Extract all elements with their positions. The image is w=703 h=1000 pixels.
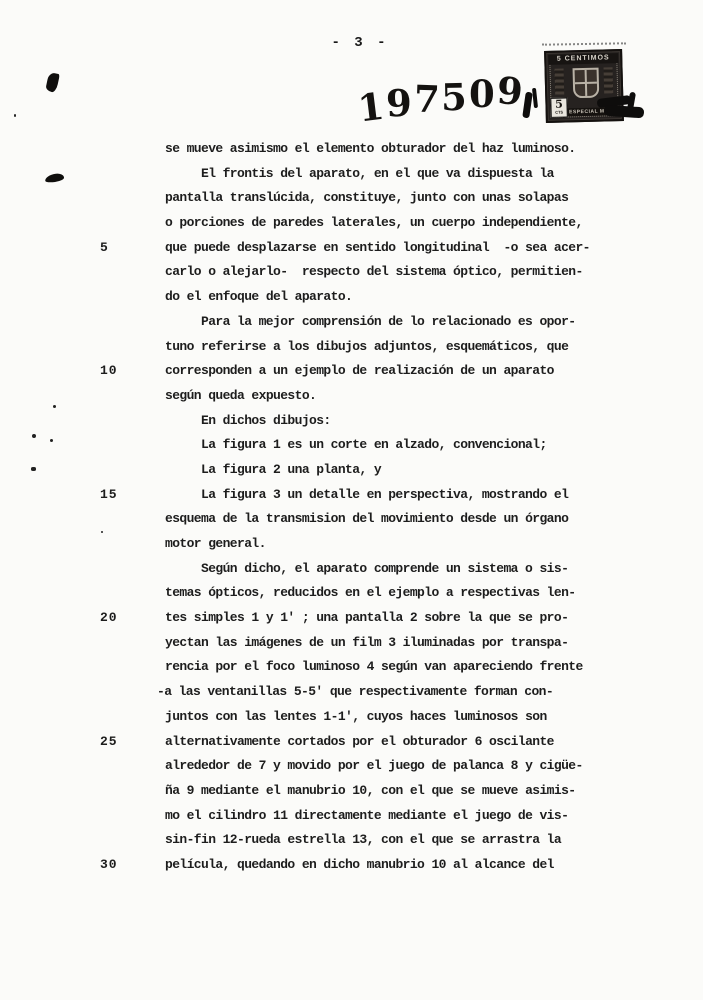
text-line-content: carlo o alejarlo- respecto del sistema ó… <box>165 260 583 285</box>
text-line: -a las ventanillas 5-5' que respectivame… <box>0 680 703 705</box>
text-line: o porciones de paredes laterales, un cue… <box>0 211 703 236</box>
text-line: La figura 2 una planta, y <box>0 458 703 483</box>
text-line-content: según queda expuesto. <box>165 384 316 409</box>
text-line-content: esquema de la transmision del movimiento… <box>165 507 568 532</box>
text-line-content: En dichos dibujos: <box>165 409 331 434</box>
text-line-content: do el enfoque del aparato. <box>165 285 352 310</box>
text-line-content: temas ópticos, reducidos en el ejemplo a… <box>165 581 575 606</box>
text-line-content: -a las ventanillas 5-5' que respectivame… <box>157 680 553 705</box>
text-line: según queda expuesto. <box>0 384 703 409</box>
serial-number-stamp: 197509 <box>358 72 518 124</box>
text-line-content: sin-fin 12-rueda estrella 13, con el que… <box>165 828 561 853</box>
ink-cancellation-mark <box>532 88 538 108</box>
text-line-content: corresponden a un ejemplo de realización… <box>165 359 554 384</box>
text-line: juntos con las lentes 1-1', cuyos haces … <box>0 705 703 730</box>
text-line: tuno referirse a los dibujos adjuntos, e… <box>0 335 703 360</box>
text-line-content: ña 9 mediante el manubrio 10, con el que… <box>165 779 575 804</box>
text-line-content: rencia por el foco luminoso 4 según van … <box>165 655 583 680</box>
text-line: pantalla translúcida, constituye, junto … <box>0 186 703 211</box>
text-line: La figura 1 es un corte en alzado, conve… <box>0 433 703 458</box>
typewritten-text-block: se mueve asimismo el elemento obturador … <box>0 137 703 878</box>
text-line-content: motor general. <box>165 532 266 557</box>
text-line-content: El frontis del aparato, en el que va dis… <box>165 162 554 187</box>
text-line: Para la mejor comprensión de lo relacion… <box>0 310 703 335</box>
text-line: 5 que puede desplazarse en sentido longi… <box>0 236 703 261</box>
text-line: 20 tes simples 1 y 1' ; una pantalla 2 s… <box>0 606 703 631</box>
text-line: temas ópticos, reducidos en el ejemplo a… <box>0 581 703 606</box>
text-line: yectan las imágenes de un film 3 ilumina… <box>0 631 703 656</box>
margin-line-number: 30 <box>100 853 128 878</box>
text-line-content: tuno referirse a los dibujos adjuntos, e… <box>165 335 568 360</box>
margin-line-number: 15 <box>100 483 128 508</box>
text-line: El frontis del aparato, en el que va dis… <box>0 162 703 187</box>
text-line-content: película, quedando en dicho manubrio 10 … <box>165 853 554 878</box>
text-line: se mueve asimismo el elemento obturador … <box>0 137 703 162</box>
coat-of-arms-icon <box>573 68 600 99</box>
ink-speck <box>14 114 16 117</box>
text-line-content: Según dicho, el aparato comprende un sis… <box>165 557 568 582</box>
text-line-content: se mueve asimismo el elemento obturador … <box>165 137 575 162</box>
text-line-content: alrededor de 7 y movido por el juego de … <box>165 754 583 779</box>
text-line: do el enfoque del aparato. <box>0 285 703 310</box>
stamp-value-unit: CTS <box>552 110 567 114</box>
margin-line-number: 10 <box>100 359 128 384</box>
ink-mark <box>45 72 60 93</box>
stamp-value-box: 5 CTS <box>550 97 568 117</box>
text-line: Según dicho, el aparato comprende un sis… <box>0 557 703 582</box>
text-line: 25 alternativamente cortados por el obtu… <box>0 730 703 755</box>
text-line-content: yectan las imágenes de un film 3 ilumina… <box>165 631 568 656</box>
stamp-perforation <box>542 42 626 45</box>
margin-line-number: 25 <box>100 730 128 755</box>
text-line: esquema de la transmision del movimiento… <box>0 507 703 532</box>
text-line-content: Para la mejor comprensión de lo relacion… <box>165 310 575 335</box>
stamp-denomination-text: 5 CENTIMOS <box>548 53 618 65</box>
text-line: mo el cilindro 11 directamente mediante … <box>0 804 703 829</box>
text-line-content: mo el cilindro 11 directamente mediante … <box>165 804 568 829</box>
text-line: 10 corresponden a un ejemplo de realizac… <box>0 359 703 384</box>
text-line: motor general. <box>0 532 703 557</box>
text-line-content: tes simples 1 y 1' ; una pantalla 2 sobr… <box>165 606 568 631</box>
serial-digit: 0 <box>469 72 497 116</box>
text-line-content: que puede desplazarse en sentido longitu… <box>165 236 590 261</box>
text-line-content: alternativamente cortados por el obturad… <box>165 730 554 755</box>
serial-digit: 1 <box>355 83 388 130</box>
margin-line-number: 5 <box>100 236 128 261</box>
page-number: - 3 - <box>320 35 400 51</box>
text-line: rencia por el foco luminoso 4 según van … <box>0 655 703 680</box>
text-line: sin-fin 12-rueda estrella 13, con el que… <box>0 828 703 853</box>
text-line-content: La figura 2 una planta, y <box>165 458 381 483</box>
text-line-content: La figura 1 es un corte en alzado, conve… <box>165 433 547 458</box>
text-line: carlo o alejarlo- respecto del sistema ó… <box>0 260 703 285</box>
stamp-ornament <box>555 69 565 95</box>
text-line: En dichos dibujos: <box>0 409 703 434</box>
text-line: alrededor de 7 y movido por el juego de … <box>0 754 703 779</box>
text-line-content: o porciones de paredes laterales, un cue… <box>165 211 583 236</box>
text-line: 30 película, quedando en dicho manubrio … <box>0 853 703 878</box>
stamp-ornament <box>604 67 614 93</box>
text-line: 15 La figura 3 un detalle en perspectiva… <box>0 483 703 508</box>
text-line-content: juntos con las lentes 1-1', cuyos haces … <box>165 705 547 730</box>
margin-line-number: 20 <box>100 606 128 631</box>
text-line-content: pantalla translúcida, constituye, junto … <box>165 186 568 211</box>
serial-digit: 7 <box>413 77 442 122</box>
patent-document-page: - 3 - 197509 5 CENTIMOS 5 CTS ESPECIAL M… <box>0 0 703 1000</box>
text-line: ña 9 mediante el manubrio 10, con el que… <box>0 779 703 804</box>
text-line-content: La figura 3 un detalle en perspectiva, m… <box>165 483 568 508</box>
serial-digit: 9 <box>385 81 414 126</box>
serial-digit: 9 <box>495 68 526 114</box>
serial-digit: 5 <box>441 75 470 119</box>
